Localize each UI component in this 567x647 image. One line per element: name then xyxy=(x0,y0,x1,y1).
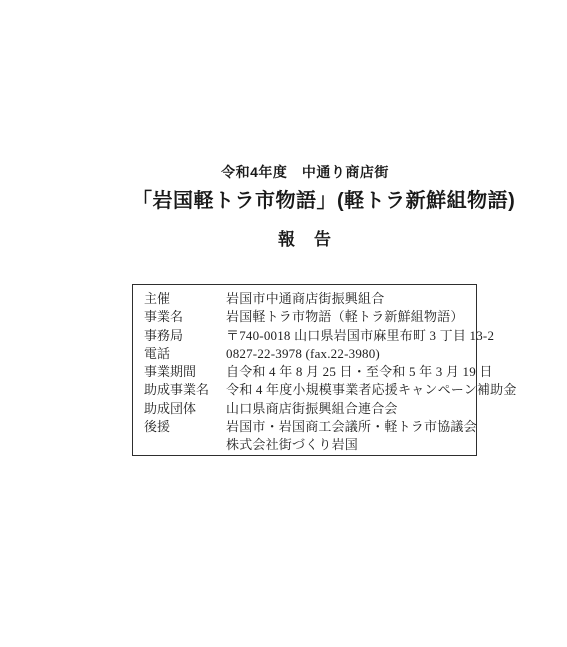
table-row-support: 後援 岩国市・岩国商工会議所・軽トラ市協議会 xyxy=(144,418,470,436)
row-label: 事業期間 xyxy=(144,363,226,381)
row-value: 岩国軽トラ市物語（軽トラ新鮮組物語） xyxy=(226,308,470,326)
table-row-organizer: 主催 岩国市中通商店街振興組合 xyxy=(144,290,470,308)
report-cover-page: { "page": { "background": "#ffffff", "te… xyxy=(0,0,567,647)
table-row-project-name: 事業名 岩国軽トラ市物語（軽トラ新鮮組物語） xyxy=(144,308,470,326)
row-label: 事務局 xyxy=(144,327,226,345)
row-value: 自令和 4 年 8 月 25 日・至令和 5 年 3 月 19 日 xyxy=(226,363,493,381)
table-row-office: 事務局 〒740-0018 山口県岩国市麻里布町 3 丁目 13-2 xyxy=(144,327,470,345)
title-fiscal-year-line: 令和4年度 中通り商店街 xyxy=(132,162,478,182)
info-table: 主催 岩国市中通商店街振興組合 事業名 岩国軽トラ市物語（軽トラ新鮮組物語） 事… xyxy=(132,284,477,456)
row-value: 〒740-0018 山口県岩国市麻里布町 3 丁目 13-2 xyxy=(226,327,494,345)
row-label: 主催 xyxy=(144,290,226,308)
row-value: 山口県商店街振興組合連合会 xyxy=(226,400,470,418)
row-value: 岩国市・岩国商工会議所・軽トラ市協議会 xyxy=(226,418,477,436)
report-heading: 報 告 xyxy=(132,225,478,250)
row-label: 助成団体 xyxy=(144,400,226,418)
row-label: 電話 xyxy=(144,345,226,363)
table-row-subsidy-project: 助成事業名 令和 4 年度小規模事業者応援キャンペーン補助金 xyxy=(144,381,470,399)
row-label: 事業名 xyxy=(144,308,226,326)
row-value: 令和 4 年度小規模事業者応援キャンペーン補助金 xyxy=(226,381,517,399)
table-row-phone: 電話 0827-22-3978 (fax.22-3980) xyxy=(144,345,470,363)
row-value: 株式会社街づくり岩国 xyxy=(226,436,470,454)
table-row-subsidy-org: 助成団体 山口県商店街振興組合連合会 xyxy=(144,400,470,418)
title-main-line: 「岩国軽トラ市物語」(軽トラ新鮮組物語) xyxy=(132,184,478,213)
table-row-project-period: 事業期間 自令和 4 年 8 月 25 日・至令和 5 年 3 月 19 日 xyxy=(144,363,470,381)
row-value: 0827-22-3978 (fax.22-3980) xyxy=(226,345,470,363)
table-row-support-cont: 株式会社街づくり岩国 xyxy=(144,436,470,454)
row-value: 岩国市中通商店街振興組合 xyxy=(226,290,470,308)
row-label xyxy=(144,436,226,454)
row-label: 後援 xyxy=(144,418,226,436)
row-label: 助成事業名 xyxy=(144,381,226,399)
